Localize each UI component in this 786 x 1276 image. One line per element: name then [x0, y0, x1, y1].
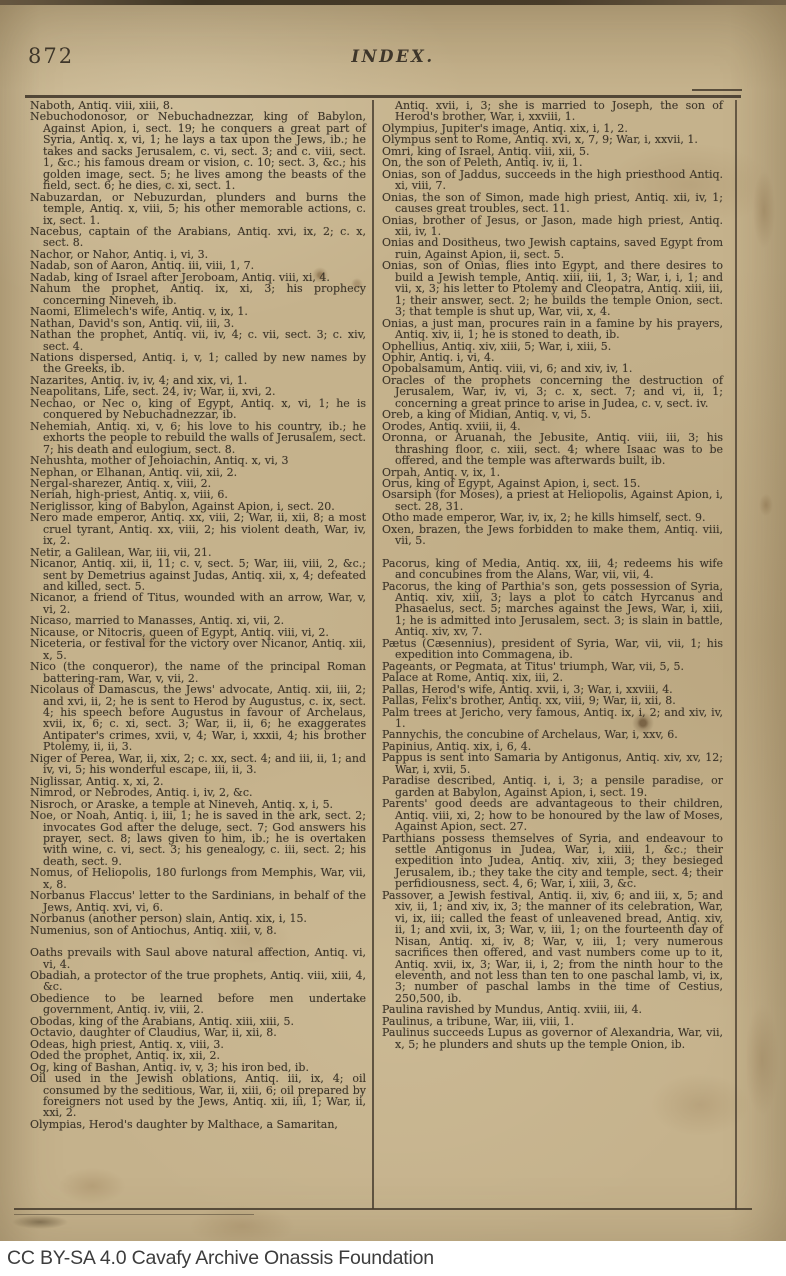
right-border-rule	[735, 100, 737, 1210]
index-entry: Oil used in the Jewish oblations, Antiq.…	[30, 1073, 366, 1119]
index-entry: Nebuchodonosor, or Nebuchadnezzar, king …	[30, 111, 366, 191]
index-entry: Oaths prevails with Saul above natural a…	[30, 947, 366, 970]
index-entry: Pacorus, king of Media, Antiq. xx, iii, …	[382, 558, 723, 581]
index-entry: Numenius, son of Antiochus, Antiq. xiii,…	[30, 925, 366, 936]
index-entry: Onias, son of Onias, flies into Egypt, a…	[382, 260, 723, 317]
index-entry: Nicanor, Antiq. xii, ii, 11; c. v, sect.…	[30, 558, 366, 592]
index-entry: Nacebus, captain of the Arabians, Antiq.…	[30, 226, 366, 249]
index-entry: Onias, son of Jaddus, succeeds in the hi…	[382, 169, 723, 192]
index-entry: Nero made emperor, Antiq. xx, viii, 2; W…	[30, 512, 366, 546]
license-text: CC BY-SA 4.0 Cavafy Archive Onassis Foun…	[0, 1247, 434, 1270]
page-title: INDEX.	[0, 47, 786, 66]
index-entry: On, the son of Peleth, Antiq. iv, ii, 1.	[382, 157, 723, 168]
index-entry: Oxen, brazen, the Jews forbidden to make…	[382, 524, 723, 547]
index-entry: Oreb, a king of Midian, Antiq. v, vi, 5.	[382, 409, 723, 420]
index-entry: Parthians possess themselves of Syria, a…	[382, 833, 723, 890]
index-entry: Palm trees at Jericho, very famous, Anti…	[382, 707, 723, 730]
index-entry: Noe, or Noah, Antiq. i, iii, 1; he is sa…	[30, 810, 366, 867]
header-rule-tick	[692, 89, 742, 91]
index-entry: Onias and Dositheus, two Jewish captains…	[382, 237, 723, 260]
index-entry: Niceteria, or festival for the victory o…	[30, 638, 366, 661]
index-entry: Nimrod, or Nebrodes, Antiq. i, iv, 2, &c…	[30, 787, 366, 798]
index-entry: Nahum the prophet, Antiq. ix, xi, 3; his…	[30, 283, 366, 306]
index-entry: Parents' good deeds are advantageous to …	[382, 798, 723, 832]
index-entry: Antiq. xvii, i, 3; she is married to Jos…	[382, 100, 723, 123]
index-entry: Onias, a just man, procures rain in a fa…	[382, 318, 723, 341]
index-entry: Naomi, Elimelech's wife, Antiq. v, ix, 1…	[30, 306, 366, 317]
index-entry: Nehushta, mother of Jehoiachin, Antiq. x…	[30, 455, 366, 466]
scanned-book-page: 872 INDEX. Naboth, Antiq. viii, xiii, 8.…	[0, 0, 786, 1241]
index-entry: Nathan the prophet, Antiq. vii, iv, 4; c…	[30, 329, 366, 352]
index-entry: Norbanus Flaccus' letter to the Sardinia…	[30, 890, 366, 913]
index-entry: Nations dispersed, Antiq. i, v, 1; calle…	[30, 352, 366, 375]
index-entry: Onias, brother of Jesus, or Jason, made …	[382, 215, 723, 238]
index-entry: Pappus is sent into Samaria by Antigonus…	[382, 752, 723, 775]
index-entry: Paradise described, Antiq. i, i, 3; a pe…	[382, 775, 723, 798]
bottom-rule	[14, 1208, 752, 1210]
index-entry: Oded the prophet, Antiq. ix, xii, 2.	[30, 1050, 366, 1061]
index-entry: Obedience to be learned before men under…	[30, 993, 366, 1016]
index-entry: Pacorus, the king of Parthia's son, gets…	[382, 581, 723, 638]
index-entry: Oracles of the prophets concerning the d…	[382, 375, 723, 409]
index-entry: Pallas, Felix's brother, Antiq. xx, viii…	[382, 695, 723, 706]
index-entry: Nomus, of Heliopolis, 180 furlongs from …	[30, 867, 366, 890]
index-entry: Nico (the conqueror), the name of the pr…	[30, 661, 366, 684]
column-right: Antiq. xvii, i, 3; she is married to Jos…	[382, 100, 723, 1050]
index-entry: Palace at Rome, Antiq. xix, iii, 2.	[382, 672, 723, 683]
index-entry: Passover, a Jewish festival, Antiq. ii, …	[382, 890, 723, 1005]
license-bar: CC BY-SA 4.0 Cavafy Archive Onassis Foun…	[0, 1241, 786, 1276]
index-entry: Octavio, daughter of Claudius, War, ii, …	[30, 1027, 366, 1038]
index-entry: Nehemiah, Antiq. xi, v, 6; his love to h…	[30, 421, 366, 455]
column-divider-rule	[372, 100, 374, 1209]
index-entry: Nicolaus of Damascus, the Jews' advocate…	[30, 684, 366, 753]
index-entry: Paulinus succeeds Lupus as governor of A…	[382, 1027, 723, 1050]
scan-top-edge	[0, 0, 786, 5]
index-entry: Onias, the son of Simon, made high pries…	[382, 192, 723, 215]
column-left: Naboth, Antiq. viii, xiii, 8.Nebuchodono…	[30, 100, 366, 1130]
index-entry: Nechao, or Nec o, king of Egypt, Antiq. …	[30, 398, 366, 421]
index-entry: Nabuzardan, or Nebuzurdan, plunders and …	[30, 192, 366, 226]
index-entry: Osarsiph (for Moses), a priest at Heliop…	[382, 489, 723, 512]
index-entry: Niger of Perea, War, ii, xix, 2; c. xx, …	[30, 753, 366, 776]
index-entry: Nicanor, a friend of Titus, wounded with…	[30, 592, 366, 615]
bottom-rule-secondary	[14, 1214, 254, 1215]
index-entry: Oronna, or Aruanah, the Jebusite, Antiq.…	[382, 432, 723, 466]
index-entry: Olympias, Herod's daughter by Malthace, …	[30, 1119, 366, 1130]
index-entry: Pætus (Cæsennius), president of Syria, W…	[382, 638, 723, 661]
index-entry: Norbanus (another person) slain, Antiq. …	[30, 913, 366, 924]
header-rule	[25, 95, 741, 98]
index-entry: Obadiah, a protector of the true prophet…	[30, 970, 366, 993]
